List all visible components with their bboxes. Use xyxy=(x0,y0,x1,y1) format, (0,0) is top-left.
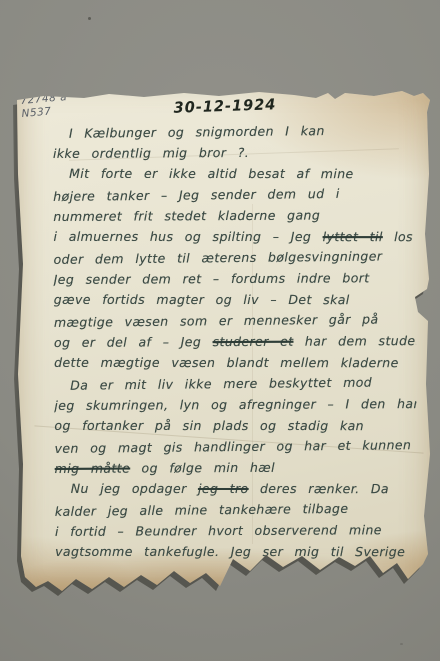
archive-annotation: 72748 a N537 xyxy=(20,91,69,121)
handwriting-text: har dem studere xyxy=(305,333,416,349)
handwriting-line: Da er mit liv ikke mere beskyttet mod xyxy=(54,371,416,396)
handwriting-text: og fortanker på sin plads og stadig kan xyxy=(54,418,364,433)
handwriting-line: i fortid – Beundrer hvort observerend mi… xyxy=(55,519,417,542)
handwriting-text: Jeg sender dem ret – fordums indre bort xyxy=(54,270,370,287)
handwriting-text: Da er mit liv ikke mere beskyttet mod xyxy=(70,375,372,393)
dust-speck xyxy=(400,643,403,645)
handwriting-line: ven og magt gis handlinger og har et kun… xyxy=(54,434,416,459)
photograph-of-letter: 72748 a N537 30-12-1924 I Kælbunger og s… xyxy=(0,0,440,661)
handwriting-line: mægtige væsen som er mennesker går på xyxy=(54,308,416,333)
handwriting-text: kalder jeg alle mine tankehære tilbage xyxy=(55,501,349,519)
handwriting-line: Mit forte er ikke altid besat af mine xyxy=(53,163,415,184)
handwriting-line: og fortanker på sin plads og stadig kan xyxy=(54,415,416,436)
handwriting-line: i almuernes hus og spilting – Jeg lyttet… xyxy=(53,226,415,247)
struck-word: studerer et xyxy=(213,334,294,349)
handwriting-line: Jeg sender dem ret – fordums indre bort xyxy=(54,267,416,290)
struck-word: mig måtte xyxy=(55,461,131,476)
handwriting-text: nummeret frit stedet kladerne gang xyxy=(53,208,320,224)
handwriting-text: Mit forte er ikke altid besat af mine xyxy=(69,166,354,181)
letter-body: I Kælbunger og snigmorden I kan ikke ord… xyxy=(53,120,417,563)
handwriting-text: dette mægtige væsen blandt mellem klader… xyxy=(54,355,399,370)
handwriting-text: I Kælbunger og snigmorden I kan xyxy=(69,123,325,141)
handwriting-line: højere tanker – Jeg sender dem ud i xyxy=(53,182,415,207)
handwriting-line: mig måtte og følge min hæl xyxy=(55,456,417,479)
handwriting-line: gæve fortids magter og liv – Det skal xyxy=(54,289,416,310)
handwriting-line: nummeret frit stedet kladerne gang xyxy=(53,204,415,227)
inventory-number: N537 xyxy=(21,104,69,121)
handwriting-line: ikke ordentlig mig bror ?. xyxy=(53,141,415,164)
dust-speck xyxy=(88,17,91,20)
handwriting-text: mægtige væsen som er mennesker går på xyxy=(54,311,379,329)
handwriting-line: Nu jeg opdager jeg tro deres rænker. Da xyxy=(55,478,417,499)
struck-word: lyttet til xyxy=(323,229,383,244)
handwriting-text: i fortid – Beundrer hvort observerend mi… xyxy=(55,522,382,539)
letter-date: 30-12-1924 xyxy=(173,95,276,117)
handwriting-text: ikke ordentlig mig bror ?. xyxy=(53,145,249,161)
handwriting-text: højere tanker – Jeg sender dem ud i xyxy=(53,186,340,204)
handwriting-line: dette mægtige væsen blandt mellem klader… xyxy=(54,352,416,373)
handwriting-text: gæve fortids magter og liv – Det skal xyxy=(54,292,350,307)
handwriting-line: kalder jeg alle mine tankehære tilbage xyxy=(55,497,417,522)
handwriting-text: jeg skumringen, lyn og afregninger – I d… xyxy=(54,396,416,413)
handwriting-text: Nu jeg opdager xyxy=(71,481,187,496)
handwriting-text: los xyxy=(394,229,413,244)
handwriting-text: ven og magt gis handlinger og har et kun… xyxy=(54,437,411,456)
handwriting-text: oder dem lytte til æterens bølgesvingnin… xyxy=(53,248,382,266)
handwriting-line: vagtsomme tankefugle. Jeg ser mig til Sv… xyxy=(55,541,417,562)
handwriting-line: I Kælbunger og snigmorden I kan xyxy=(53,119,415,144)
handwriting-line: oder dem lytte til æterens bølgesvingnin… xyxy=(53,245,415,270)
handwriting-line: og er del af – Jeg studerer et har dem s… xyxy=(54,330,416,353)
handwriting-text: og er del af – Jeg xyxy=(54,334,201,350)
handwriting-text: deres rænker. Da xyxy=(260,481,389,496)
letter-paper: 72748 a N537 30-12-1924 I Kælbunger og s… xyxy=(14,84,434,606)
struck-word: jeg tro xyxy=(198,481,249,496)
handwriting-text: vagtsomme tankefugle. Jeg ser mig til Sv… xyxy=(55,544,405,559)
handwriting-text: i almuernes hus og spilting – Jeg xyxy=(53,229,311,244)
handwriting-text: og følge min hæl xyxy=(141,460,275,476)
handwriting-line: jeg skumringen, lyn og afregninger – I d… xyxy=(54,393,416,416)
